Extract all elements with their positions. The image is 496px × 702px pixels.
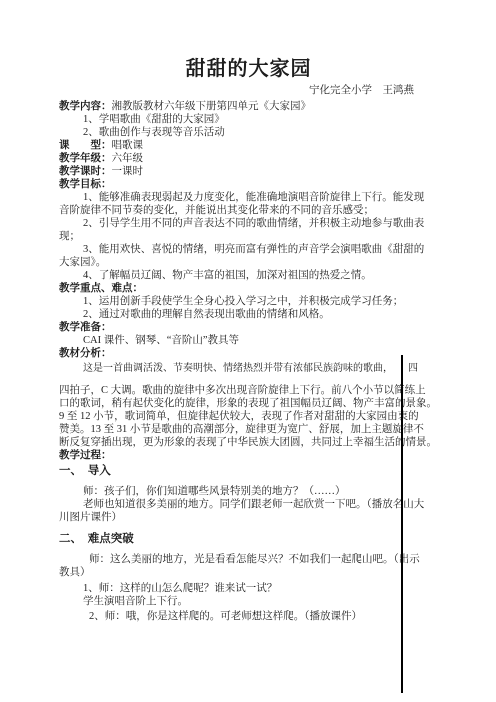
- breakthrough-teacher-line-1: 师：这么美丽的地方，光是看看怎能尽兴？不如我们一起爬山吧。（出示: [59, 553, 438, 566]
- meta-course-type: 课 型：唱歌课: [59, 139, 438, 152]
- meta-course-type-label: 课 型：: [59, 140, 112, 151]
- goal-2-line-1: 2、引导学生用不同的声音表达不同的歌曲情绪，并积极主动地参与歌曲表: [59, 217, 438, 230]
- heading-teaching-process: 教学过程：: [59, 449, 438, 462]
- intro-teacher-line-2: 老师也知道很多美丽的地方。同学们跟老师一起欣赏一下吧。（播放名山大: [59, 498, 438, 511]
- breakthrough-teacher-line-2: 教具）: [59, 566, 438, 579]
- analysis-line-6: 断反复穿插出现，更为形象的表现了中华民族大团圆，共同过上幸福生活的情景。: [59, 436, 438, 449]
- breakthrough-step-2: 2、师：哦，你是这样爬的。可老师想这样爬。（播放课件）: [59, 610, 438, 623]
- meta-course-type-value: 唱歌课: [112, 140, 144, 151]
- analysis-line-5: 赞美。13 至 31 小节是歌曲的高潮部分，旋律更为宽广、舒展，加上主题旋律不: [59, 423, 438, 436]
- goal-4: 4、了解幅员辽阔、物产丰富的祖国，加深对祖国的热爱之情。: [59, 269, 438, 282]
- content-item-2: 2、歌曲创作与表现等音乐活动: [59, 126, 438, 139]
- content-item-1: 1、学唱歌曲《甜甜的大家园》: [59, 113, 438, 126]
- meta-teaching-content: 教学内容：湘教版教材六年级下册第四单元《大家园》: [59, 100, 438, 113]
- intro-teacher-line-3: 川图片课件）: [59, 511, 438, 524]
- section-1-intro-title: 一、 导入: [59, 464, 438, 478]
- author-line: 宁化完全小学 王鸿燕: [59, 84, 438, 97]
- key-point-2: 2、通过对歌曲的理解自然表现出歌曲的情绪和风格。: [59, 308, 438, 321]
- analysis-line-4: 9 至 12 小节，歌词简单，但旋律起伏较大，表现了作者对甜甜的大家园由衷的: [59, 410, 438, 423]
- heading-teaching-goals: 教学目标：: [59, 178, 438, 191]
- meta-teaching-content-label: 教学内容：: [59, 101, 112, 112]
- analysis-line-1: 这是一首曲调活泼、节奏明快、情绪热烈并带有浓郁民族韵味的歌曲， 四: [59, 362, 438, 375]
- breakthrough-step-1: 1、师：这样的山怎么爬呢？谁来试一试？: [59, 582, 438, 595]
- analysis-line-2: 四拍子，C 大调。歌曲的旋律中多次出现音阶旋律上下行。前八个小节以简练上: [59, 384, 438, 397]
- key-point-1: 1、运用创新手段使学生全身心投入学习之中，并积极完成学习任务；: [59, 295, 438, 308]
- goal-3-line-1: 3、能用欢快、喜悦的情绪，明亮而富有弹性的声音学会演唱歌曲《甜甜的: [59, 243, 438, 256]
- heading-material-analysis: 教材分析：: [59, 347, 438, 360]
- intro-teacher-line-1: 师：孩子们，你们知道哪些风景特别美的地方？（……）: [59, 485, 438, 498]
- document-page: 甜甜的大家园 宁化完全小学 王鸿燕 教学内容：湘教版教材六年级下册第四单元《大家…: [0, 0, 496, 702]
- goal-1-line-1: 1、能够准确表现弱起及力度变化，能准确地演唱音阶旋律上下行。能发现: [59, 191, 438, 204]
- preparation-items: CAI 课件、钢琴、“音阶山”教具等: [59, 334, 438, 347]
- heading-preparation: 教学准备：: [59, 321, 438, 334]
- goal-3-line-2: 大家园》。: [59, 256, 438, 269]
- document-content: 甜甜的大家园 宁化完全小学 王鸿燕 教学内容：湘教版教材六年级下册第四单元《大家…: [59, 57, 438, 623]
- meta-teaching-content-value: 湘教版教材六年级下册第四单元《大家园》: [112, 101, 312, 112]
- meta-class-hours-label: 教学课时：: [59, 166, 112, 177]
- meta-grade-label: 教学年级：: [59, 153, 112, 164]
- page-title: 甜甜的大家园: [59, 57, 438, 81]
- revision-bar: [401, 355, 403, 693]
- goal-2-line-2: 现；: [59, 230, 438, 243]
- meta-class-hours: 教学课时：一课时: [59, 165, 438, 178]
- analysis-line-3: 口的歌词，稍有起伏变化的旋律，形象的表现了祖国幅员辽阔、物产丰富的景象。: [59, 397, 438, 410]
- meta-class-hours-value: 一课时: [112, 166, 144, 177]
- breakthrough-student-action: 学生演唱音阶上下行。: [59, 595, 438, 608]
- meta-grade-value: 六年级: [112, 153, 144, 164]
- heading-key-difficulties: 教学重点、难点：: [59, 282, 438, 295]
- section-2-breakthrough-title: 二、 难点突破: [59, 532, 438, 546]
- meta-grade: 教学年级：六年级: [59, 152, 438, 165]
- goal-1-line-2: 音阶旋律不同节奏的变化，并能说出其变化带来的不同的音乐感受；: [59, 204, 438, 217]
